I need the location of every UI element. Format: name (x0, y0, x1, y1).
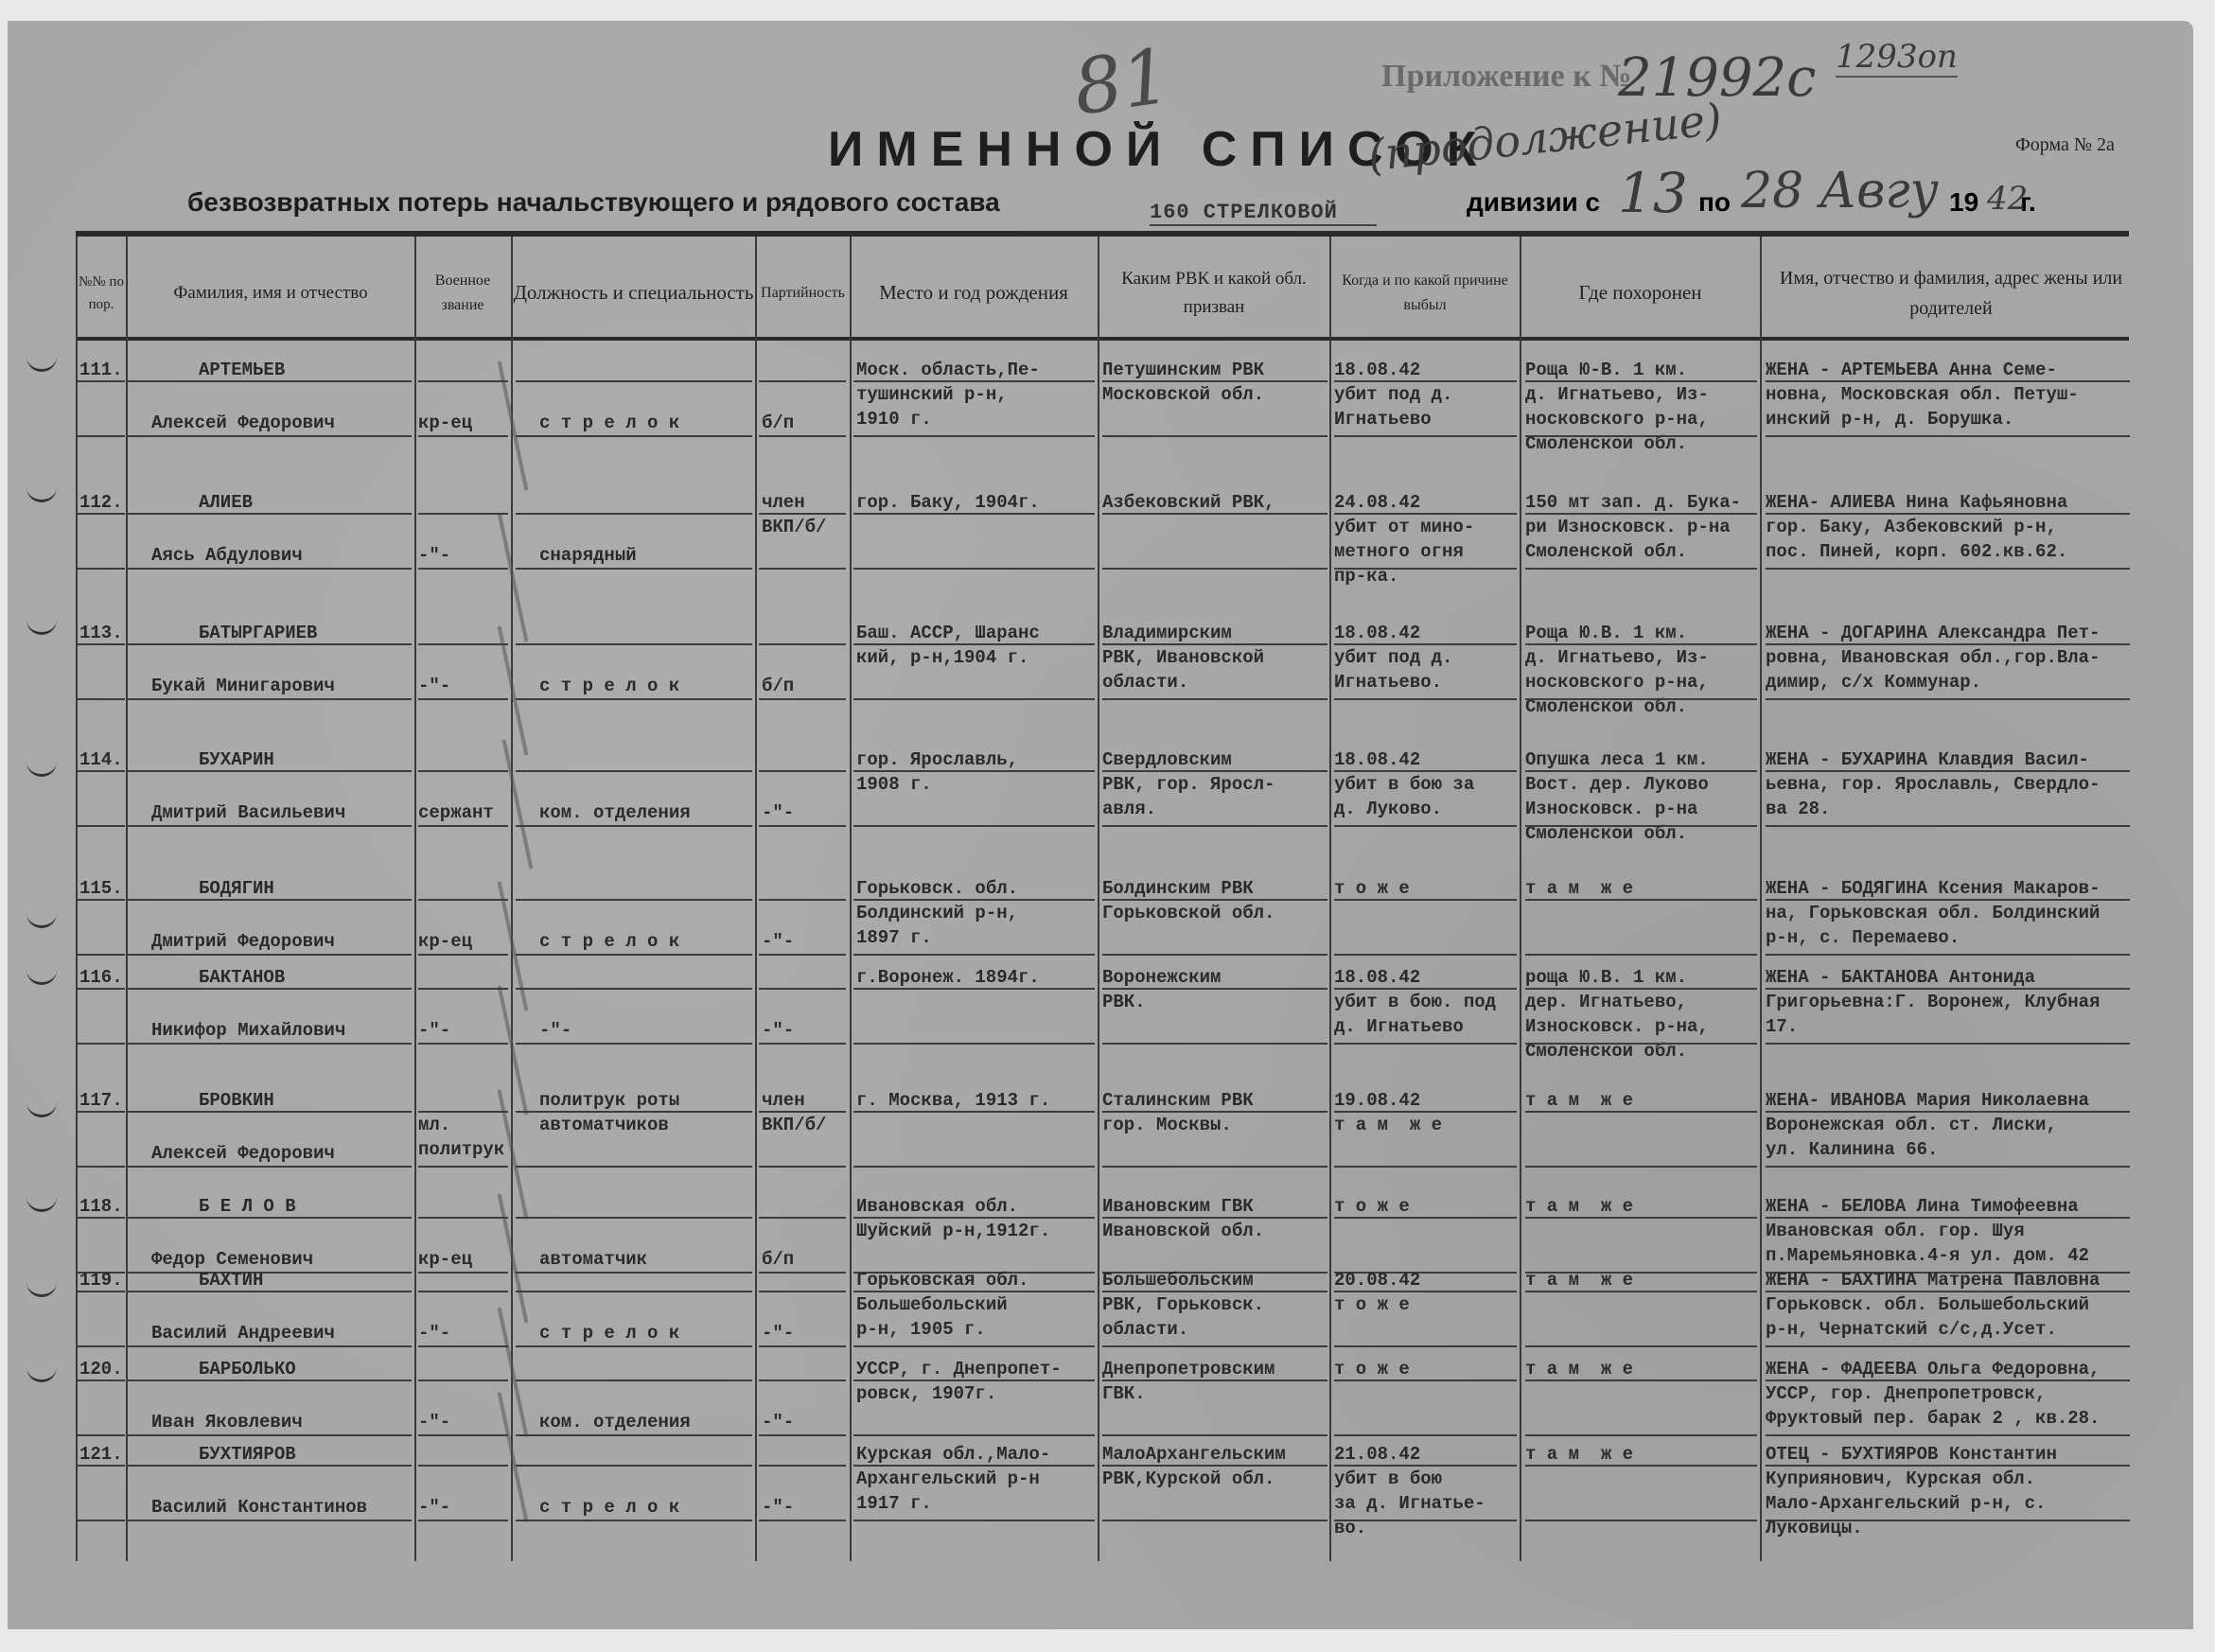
grid-line (1520, 237, 1521, 1561)
cell-rvk: Большебольским РВК, Горьковск. области. (1102, 1268, 1264, 1342)
row-underline (1334, 899, 1517, 901)
row-underline (516, 770, 752, 772)
cell-birth: Курская обл.,Мало- Архангельский р-н 191… (856, 1442, 1050, 1516)
row-underline (418, 1217, 508, 1219)
cell-position: с т р е л о к (539, 411, 679, 435)
row-underline (1766, 954, 2130, 956)
row-underline (78, 1043, 125, 1045)
row-underline (78, 954, 125, 956)
row-underline (1766, 643, 2130, 645)
row-underline (1766, 899, 2130, 901)
grid-line (1098, 237, 1099, 1561)
row-underline (1102, 698, 1327, 700)
row-underline (1102, 988, 1327, 990)
cell-rvk: Воронежским РВК. (1102, 965, 1221, 1014)
row-underline (418, 643, 508, 645)
cell-relative: ЖЕНА - БЕЛОВА Лина Тимофеевна Ивановская… (1766, 1194, 2089, 1268)
cell-when: 20.08.42 т о ж е (1334, 1268, 1420, 1317)
date-to: 28 Авгу (1741, 163, 1939, 220)
col-header-relative: Имя, отчество и фамилия, адрес жены или … (1762, 248, 2140, 339)
row-underline (759, 954, 846, 956)
row-underline (759, 1291, 846, 1292)
cell-num: 114. (79, 747, 123, 772)
row-underline (1525, 1166, 1757, 1168)
cell-name: Василий Андреевич (151, 1321, 335, 1345)
row-underline (128, 1166, 412, 1168)
cell-buried: т а м ж е (1525, 876, 1633, 901)
row-underline (853, 899, 1095, 901)
row-underline (1525, 1217, 1757, 1219)
division-label: дивизии с (1467, 187, 1600, 218)
row-underline (759, 513, 846, 515)
row-underline (759, 1217, 846, 1219)
row-underline (759, 988, 846, 990)
row-underline (418, 1043, 508, 1045)
row-underline (1766, 1380, 2130, 1381)
row-underline (418, 825, 508, 827)
col-header-rank: Военное звание (416, 248, 509, 339)
grid-line (850, 237, 852, 1561)
cell-surname: АРТЕМЬЕВ (199, 358, 285, 382)
row-underline (853, 380, 1095, 382)
cell-when: 18.08.42 убит в бою за д. Луково. (1334, 747, 1474, 821)
row-underline (418, 1291, 508, 1292)
archive-page-number: 81 (1068, 31, 1176, 132)
row-underline (1334, 954, 1517, 956)
row-underline (1525, 899, 1757, 901)
row-underline (853, 1166, 1095, 1168)
row-underline (1334, 1166, 1517, 1168)
cell-relative: ЖЕНА- ИВАНОВА Мария Николаевна Воронежск… (1766, 1088, 2089, 1162)
cell-name: Василий Константинов (151, 1495, 367, 1520)
row-underline (853, 568, 1095, 570)
cell-surname: БОДЯГИН (199, 876, 274, 901)
cell-birth: УССР, г. Днепропет- ровск, 1907г. (856, 1357, 1062, 1406)
row-underline (78, 1345, 125, 1347)
row-underline (516, 1345, 752, 1347)
row-underline (853, 1380, 1095, 1381)
cell-num: 111. (79, 358, 123, 382)
cell-when: 18.08.42 убит под д. Игнатьево. (1334, 621, 1452, 694)
row-underline (759, 698, 846, 700)
row-underline (516, 698, 752, 700)
row-underline (1525, 698, 1757, 700)
col-header-rvk: Каким РВК и какой обл. призван (1099, 248, 1328, 339)
row-underline (516, 1380, 752, 1381)
row-underline (1766, 1166, 2130, 1168)
row-underline (759, 1465, 846, 1467)
row-underline (1766, 988, 2130, 990)
row-underline (1525, 568, 1757, 570)
cell-when: 18.08.42 убит под д. Игнатьево (1334, 358, 1452, 431)
cell-rvk: Болдинским РВК Горьковской обл. (1102, 876, 1275, 925)
cell-birth: Моск. область,Пе- тушинский р-н, 1910 г. (856, 358, 1040, 431)
cell-position: с т р е л о к (539, 929, 679, 954)
cell-rvk: Сталинским РВК гор. Москвы. (1102, 1088, 1254, 1137)
cell-surname: БАХТИН (199, 1268, 263, 1292)
row-underline (1102, 770, 1327, 772)
row-underline (128, 1217, 412, 1219)
row-underline (78, 899, 125, 901)
cell-rvk: Свердловским РВК, гор. Яросл- авля. (1102, 747, 1275, 821)
row-underline (1766, 1345, 2130, 1347)
cell-name: Дмитрий Федорович (151, 929, 335, 954)
cell-num: 120. (79, 1357, 123, 1381)
row-underline (1525, 954, 1757, 956)
cell-party: -"- (762, 1018, 794, 1043)
row-underline (759, 380, 846, 382)
row-underline (78, 988, 125, 990)
row-underline (1102, 899, 1327, 901)
cell-relative: ЖЕНА - БАХТИНА Матрена Павловна Горьковс… (1766, 1268, 2100, 1342)
form-number: Форма № 2а (2015, 134, 2115, 156)
cell-relative: ЖЕНА - ДОГАРИНА Александра Пет- ровна, И… (1766, 621, 2100, 694)
document-subtitle: безвозвратных потерь начальствующего и р… (187, 187, 1000, 218)
row-underline (128, 568, 412, 570)
row-underline (1102, 1520, 1327, 1521)
division-name: 160 СТРЕЛКОВОЙ (1150, 201, 1377, 226)
row-underline (1525, 1291, 1757, 1292)
row-underline (78, 1380, 125, 1381)
row-underline (1525, 988, 1757, 990)
cell-buried: 150 мт зап. д. Бука- ри Износковск. р-на… (1525, 490, 1741, 564)
row-underline (418, 1380, 508, 1381)
cell-surname: БУХАРИН (199, 747, 274, 772)
cell-rank: сержант (418, 800, 494, 825)
row-underline (1525, 513, 1757, 515)
appendix-note: 1293оп (1836, 38, 1958, 78)
row-underline (1102, 1291, 1327, 1292)
row-underline (128, 643, 412, 645)
cell-buried: т а м ж е (1525, 1088, 1633, 1113)
cell-num: 119. (79, 1268, 123, 1292)
cell-buried: роща Ю.В. 1 км. дер. Игнатьево, Износков… (1525, 965, 1709, 1063)
row-underline (1334, 380, 1517, 382)
row-underline (853, 1291, 1095, 1292)
row-underline (1102, 1043, 1327, 1045)
row-underline (1525, 1043, 1757, 1045)
row-underline (418, 1434, 508, 1436)
row-underline (516, 643, 752, 645)
cell-birth: г. Москва, 1913 г. (856, 1088, 1050, 1113)
row-underline (1334, 1043, 1517, 1045)
cell-position: ком. отделения (539, 1410, 691, 1434)
cell-position: с т р е л о к (539, 1321, 679, 1345)
row-underline (759, 435, 846, 437)
row-underline (853, 1520, 1095, 1521)
row-underline (516, 825, 752, 827)
cell-relative: ЖЕНА - БУХАРИНА Клавдия Васил- ьевна, го… (1766, 747, 2100, 821)
cell-num: 113. (79, 621, 123, 645)
row-underline (418, 568, 508, 570)
row-underline (759, 1166, 846, 1168)
row-underline (1334, 435, 1517, 437)
row-underline (1102, 954, 1327, 956)
row-underline (128, 380, 412, 382)
cell-party: -"- (762, 1321, 794, 1345)
cell-surname: АЛИЕВ (199, 490, 253, 515)
cell-party: б/п (762, 674, 794, 698)
row-underline (759, 770, 846, 772)
row-underline (516, 1166, 752, 1168)
row-underline (128, 770, 412, 772)
row-underline (1102, 1434, 1327, 1436)
cell-party: -"- (762, 1410, 794, 1434)
row-underline (78, 435, 125, 437)
row-underline (78, 770, 125, 772)
cell-birth: Ивановская обл. Шуйский р-н,1912г. (856, 1194, 1050, 1243)
cell-birth: Горьковская обл. Большебольский р-н, 190… (856, 1268, 1028, 1342)
cell-num: 115. (79, 876, 123, 901)
row-underline (1102, 435, 1327, 437)
row-underline (128, 1111, 412, 1113)
row-underline (418, 770, 508, 772)
cell-num: 112. (79, 490, 123, 515)
row-underline (1102, 380, 1327, 382)
cell-num: 116. (79, 965, 123, 990)
date-po-label: по (1698, 187, 1731, 218)
row-underline (78, 1520, 125, 1521)
row-underline (78, 1111, 125, 1113)
row-underline (78, 1166, 125, 1168)
cell-rank: -"- (418, 543, 450, 568)
row-underline (516, 380, 752, 382)
cell-buried: Роща Ю.В. 1 км. д. Игнатьево, Из- носков… (1525, 621, 1709, 719)
cell-birth: Баш. АССР, Шаранс кий, р-н,1904 г. (856, 621, 1040, 670)
cell-rank: кр-ец (418, 929, 472, 954)
row-underline (418, 698, 508, 700)
row-underline (1766, 698, 2130, 700)
row-underline (1766, 513, 2130, 515)
row-underline (128, 435, 412, 437)
row-underline (759, 825, 846, 827)
row-underline (1102, 1380, 1327, 1381)
row-underline (1334, 988, 1517, 990)
cell-rank: кр-ец (418, 1247, 472, 1272)
row-underline (853, 954, 1095, 956)
date-from: 13 (1618, 161, 1688, 225)
row-underline (516, 1291, 752, 1292)
cell-relative: ЖЕНА - БАКТАНОВА Антонида Григорьевна:Г.… (1766, 965, 2100, 1039)
row-underline (128, 1380, 412, 1381)
row-underline (1334, 1380, 1517, 1381)
row-underline (853, 1465, 1095, 1467)
cell-when: 19.08.42 т а м ж е (1334, 1088, 1442, 1137)
cell-surname: БУХТИЯРОВ (199, 1442, 296, 1467)
row-underline (1102, 513, 1327, 515)
row-underline (759, 1111, 846, 1113)
row-underline (1334, 1465, 1517, 1467)
row-underline (1334, 1434, 1517, 1436)
header-rule-top (76, 231, 2129, 237)
row-underline (853, 1345, 1095, 1347)
cell-rank: кр-ец (418, 411, 472, 435)
row-underline (1766, 825, 2130, 827)
row-underline (759, 1043, 846, 1045)
row-underline (1334, 770, 1517, 772)
row-underline (418, 1520, 508, 1521)
cell-name: Никифор Михайлович (151, 1018, 345, 1043)
cell-rvk: МалоАрхангельским РВК,Курской обл. (1102, 1442, 1286, 1491)
row-underline (1334, 1111, 1517, 1113)
row-underline (418, 513, 508, 515)
row-underline (1766, 1291, 2130, 1292)
row-underline (1102, 643, 1327, 645)
cell-position: политрук роты автоматчиков (539, 1088, 679, 1137)
cell-relative: ЖЕНА - ФАДЕЕВА Ольга Федоровна, УССР, го… (1766, 1357, 2100, 1431)
col-header-when: Когда и по какой причине выбыл (1331, 248, 1519, 339)
row-underline (1102, 825, 1327, 827)
cell-name: Аясь Абдулович (151, 543, 303, 568)
row-underline (78, 380, 125, 382)
row-underline (516, 513, 752, 515)
col-header-birth: Место и год рождения (852, 248, 1096, 339)
row-underline (1525, 380, 1757, 382)
row-underline (759, 899, 846, 901)
grid-line (1760, 237, 1762, 1561)
cell-when: т о ж е (1334, 1357, 1410, 1381)
row-underline (128, 1272, 412, 1274)
cell-party: член ВКП/б/ (762, 1088, 826, 1137)
row-underline (128, 698, 412, 700)
row-underline (78, 568, 125, 570)
cell-party: б/п (762, 1247, 794, 1272)
cell-position: с т р е л о к (539, 1495, 679, 1520)
cell-name: Алексей Федорович (151, 1141, 335, 1166)
cell-name: Дмитрий Васильевич (151, 800, 345, 825)
cell-party: -"- (762, 1495, 794, 1520)
row-underline (1102, 1166, 1327, 1168)
row-underline (128, 513, 412, 515)
row-underline (78, 825, 125, 827)
cell-buried: т а м ж е (1525, 1268, 1633, 1292)
cell-when: т о ж е (1334, 1194, 1410, 1219)
grid-line (1329, 237, 1331, 1561)
row-underline (1334, 1291, 1517, 1292)
cell-relative: ОТЕЦ - БУХТИЯРОВ Константин Куприянович,… (1766, 1442, 2057, 1540)
row-underline (1766, 770, 2130, 772)
year-suffix: 42 (1987, 180, 2028, 218)
row-underline (759, 1520, 846, 1521)
row-underline (516, 1217, 752, 1219)
col-header-name: Фамилия, имя и отчество (128, 248, 413, 339)
row-underline (418, 899, 508, 901)
cell-when: 18.08.42 убит в бою. под д. Игнатьево (1334, 965, 1496, 1039)
row-underline (516, 1272, 752, 1274)
row-underline (516, 954, 752, 956)
grid-line (755, 237, 757, 1561)
row-underline (418, 380, 508, 382)
row-underline (78, 1217, 125, 1219)
cell-rank: -"- (418, 1018, 450, 1043)
row-underline (1102, 568, 1327, 570)
row-underline (759, 643, 846, 645)
cell-num: 121. (79, 1442, 123, 1467)
row-underline (418, 1111, 508, 1113)
cell-position: с т р е л о к (539, 674, 679, 698)
cell-name: Алексей Федорович (151, 411, 335, 435)
row-underline (759, 1345, 846, 1347)
cell-surname: Б Е Л О В (199, 1194, 296, 1219)
row-underline (1334, 513, 1517, 515)
cell-party: -"- (762, 929, 794, 954)
row-underline (418, 954, 508, 956)
row-underline (78, 1465, 125, 1467)
row-underline (853, 513, 1095, 515)
row-underline (1102, 1217, 1327, 1219)
cell-num: 117. (79, 1088, 123, 1113)
row-underline (1766, 1520, 2130, 1521)
row-underline (128, 954, 412, 956)
cell-rvk: Днепропетровским ГВК. (1102, 1357, 1275, 1406)
cell-party: член ВКП/б/ (762, 490, 826, 539)
row-underline (853, 1111, 1095, 1113)
cell-position: -"- (539, 1018, 571, 1043)
row-underline (1102, 1111, 1327, 1113)
row-underline (128, 988, 412, 990)
row-underline (1334, 1217, 1517, 1219)
row-underline (128, 1345, 412, 1347)
row-underline (759, 1272, 846, 1274)
cell-rvk: Ивановским ГВК Ивановской обл. (1102, 1194, 1264, 1243)
cell-name: Иван Яковлевич (151, 1410, 303, 1434)
row-underline (1102, 1345, 1327, 1347)
cell-surname: БРОВКИН (199, 1088, 274, 1113)
row-underline (853, 1043, 1095, 1045)
cell-rank: -"- (418, 1410, 450, 1434)
row-underline (1766, 1217, 2130, 1219)
row-underline (1102, 1465, 1327, 1467)
row-underline (1766, 1465, 2130, 1467)
row-underline (1334, 1345, 1517, 1347)
row-underline (1334, 643, 1517, 645)
row-underline (853, 435, 1095, 437)
cell-buried: т а м ж е (1525, 1442, 1633, 1467)
row-underline (1766, 435, 2130, 437)
row-underline (418, 435, 508, 437)
year-prefix: 19 (1949, 187, 1978, 217)
row-underline (1525, 1345, 1757, 1347)
row-underline (418, 1345, 508, 1347)
cell-birth: Горьковск. обл. Болдинский р-н, 1897 г. (856, 876, 1018, 950)
cell-rank: -"- (418, 1495, 450, 1520)
row-underline (78, 1291, 125, 1292)
row-underline (128, 1520, 412, 1521)
cell-surname: БАКТАНОВ (199, 965, 285, 990)
row-underline (1525, 1465, 1757, 1467)
cell-relative: ЖЕНА - БОДЯГИНА Ксения Макаров- на, Горь… (1766, 876, 2100, 950)
cell-rvk: Владимирским РВК, Ивановской области. (1102, 621, 1264, 694)
row-underline (516, 1465, 752, 1467)
row-underline (516, 1434, 752, 1436)
row-underline (128, 1465, 412, 1467)
row-underline (1525, 770, 1757, 772)
row-underline (853, 825, 1095, 827)
cell-birth: гор. Баку, 1904г. (856, 490, 1040, 515)
row-underline (128, 1291, 412, 1292)
row-underline (759, 1434, 846, 1436)
cell-rank: мл. политрук (418, 1113, 504, 1162)
row-underline (759, 1380, 846, 1381)
appendix-label: Приложение к № (1381, 59, 1632, 95)
row-underline (78, 1434, 125, 1436)
row-underline (516, 435, 752, 437)
row-underline (516, 568, 752, 570)
row-underline (853, 1217, 1095, 1219)
row-underline (78, 698, 125, 700)
cell-buried: Опушка леса 1 км. Вост. дер. Луково Изно… (1525, 747, 1709, 846)
row-underline (516, 899, 752, 901)
